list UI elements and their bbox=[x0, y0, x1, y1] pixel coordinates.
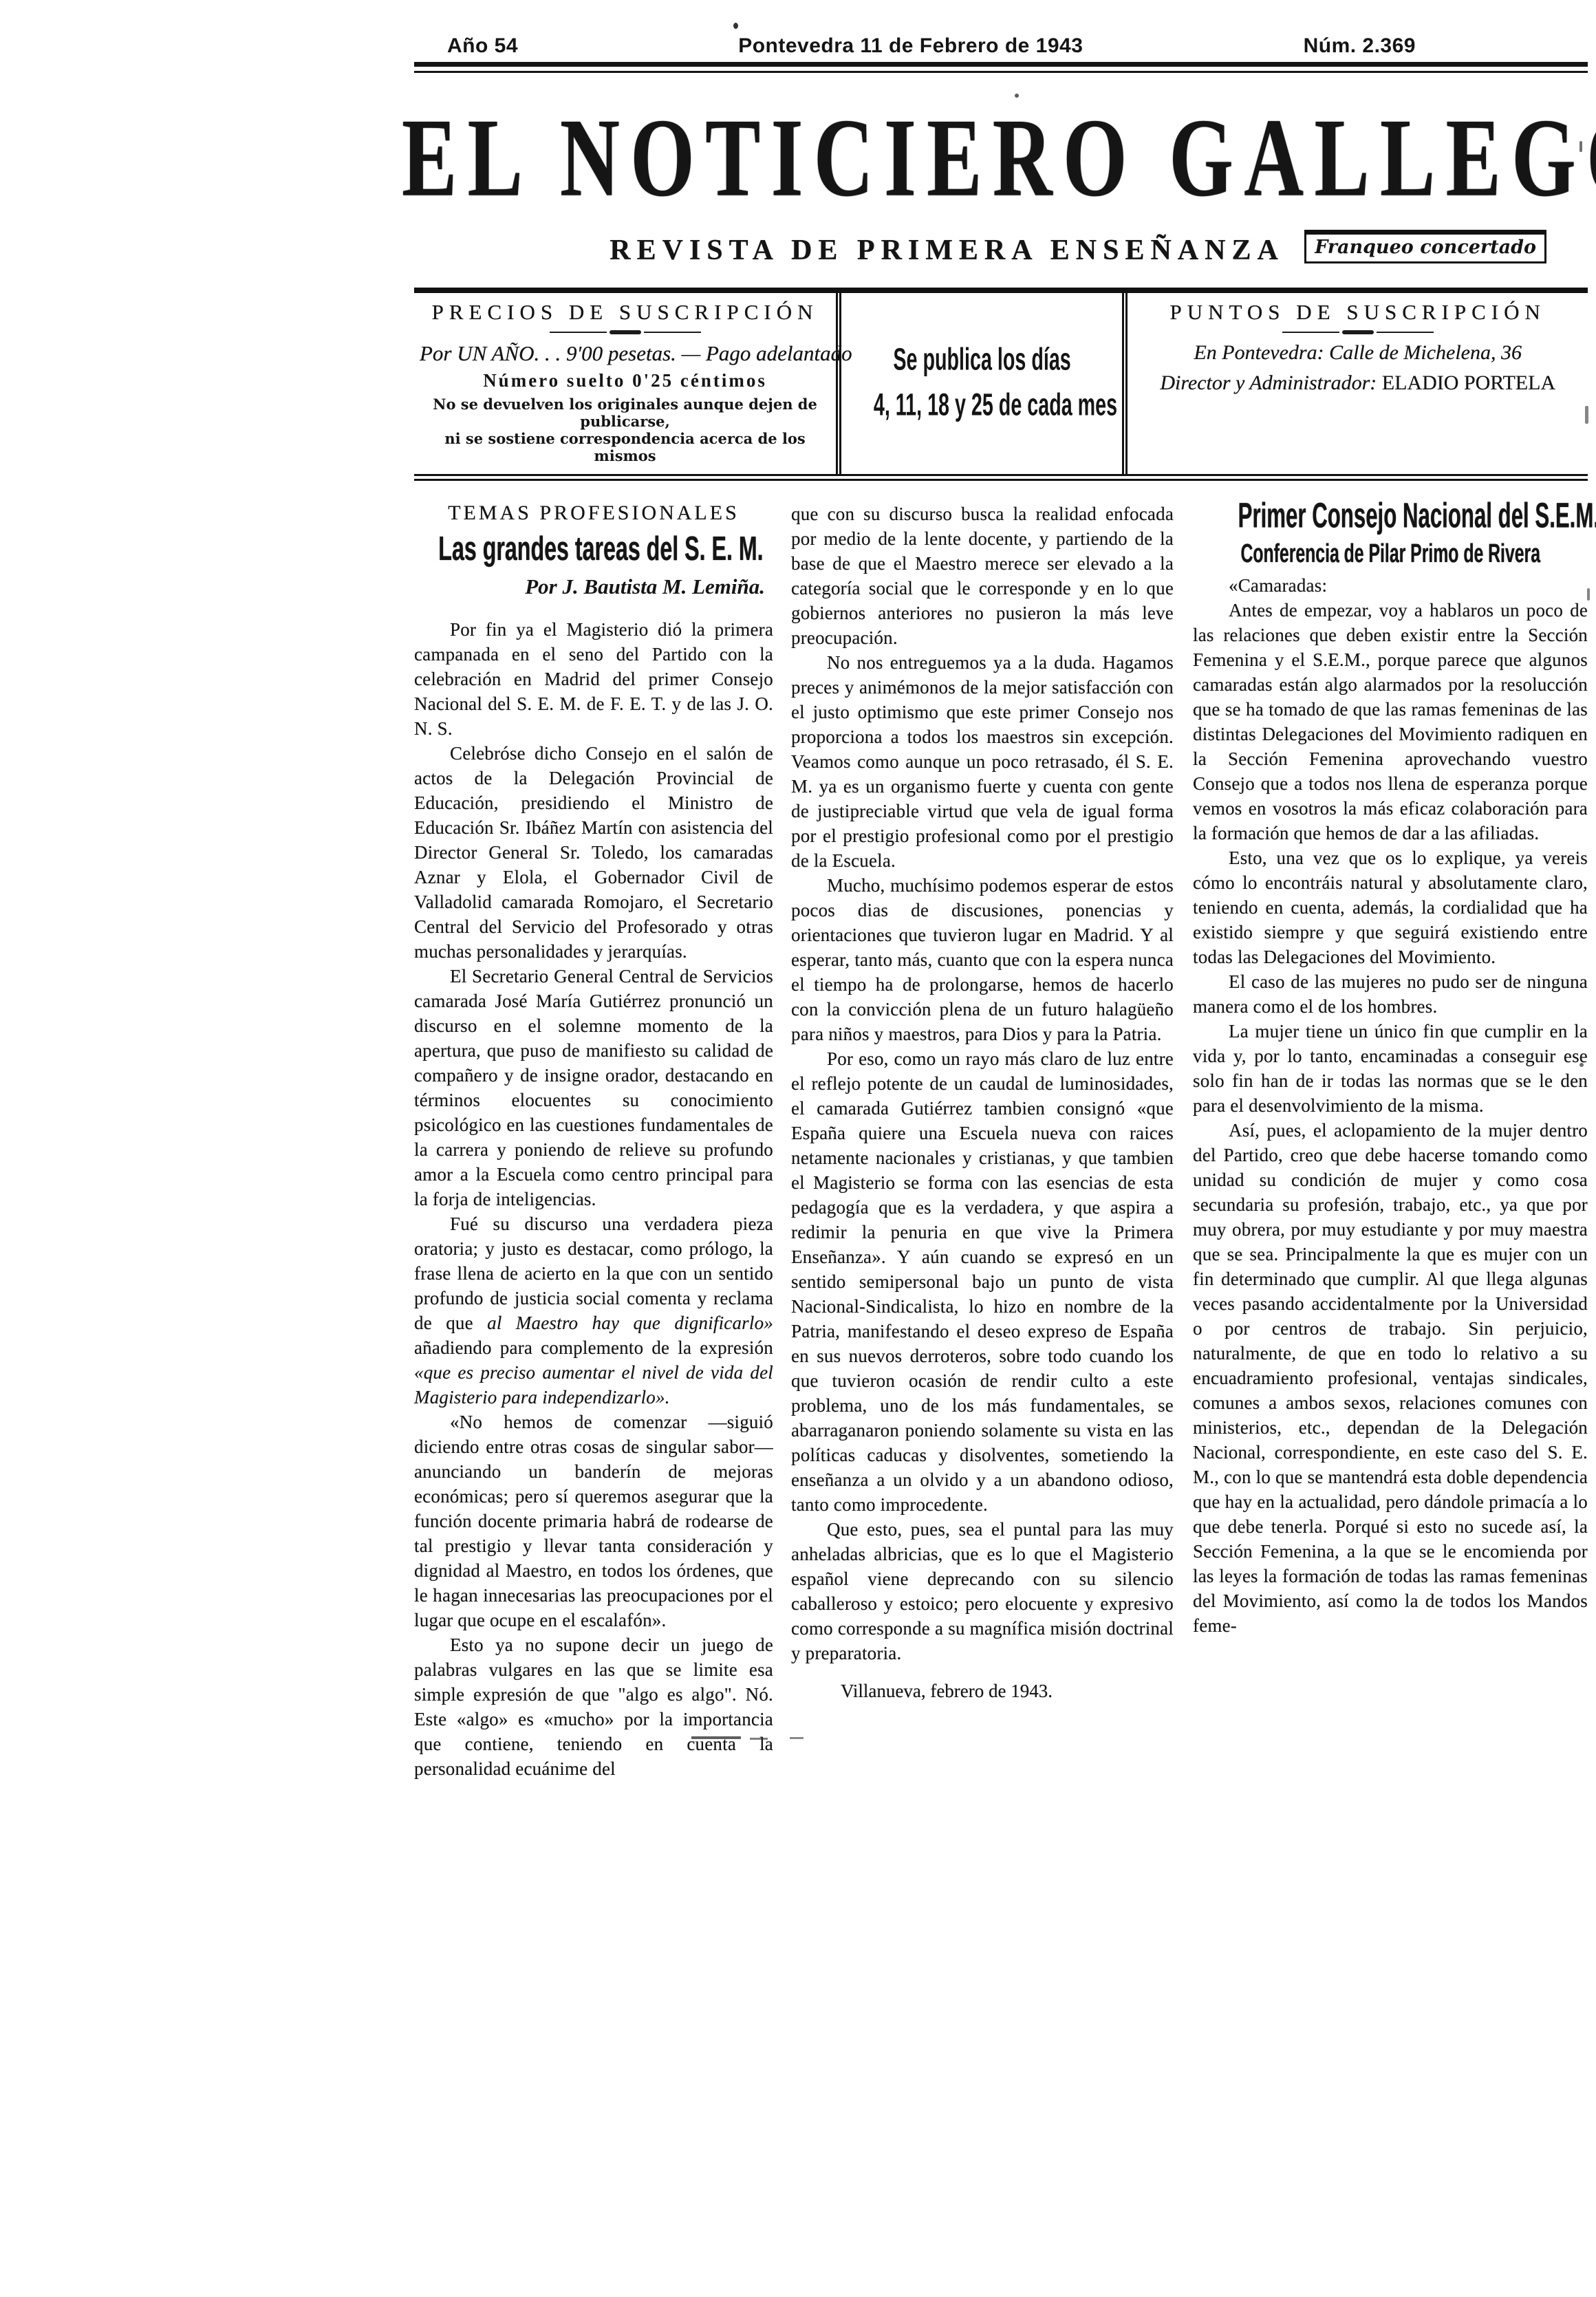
article-body-left: Por fin ya el Magisterio dió la primera … bbox=[414, 617, 773, 1781]
subscription-prices-box: PRECIOS DE SUSCRIPCIÓN Por UN AÑO. . . 9… bbox=[414, 293, 836, 474]
publication-schedule-box: Se publica los días 4, 11, 18 y 25 de ca… bbox=[836, 293, 1122, 474]
article-headline-right: Primer Consejo Nacional del S.E.M. bbox=[1193, 502, 1588, 532]
franking-stamp: Franqueo concertado bbox=[1304, 230, 1546, 263]
article-paragraph: No nos entreguemos ya a la duda. Hagamos… bbox=[791, 650, 1174, 873]
article-kicker: TEMAS PROFESIONALES bbox=[414, 502, 773, 525]
header-rule bbox=[414, 62, 1588, 73]
column-middle: que con su discurso busca la realidad en… bbox=[791, 502, 1174, 1781]
scan-speck bbox=[1585, 406, 1588, 424]
prices-note-line2: ni se sostiene correspondencia acerca de… bbox=[420, 430, 830, 464]
scan-artifact-dash bbox=[790, 1737, 804, 1739]
article-paragraph: Por eso, como un rayo más claro de luz e… bbox=[791, 1046, 1174, 1517]
newspaper-subtitle: REVISTA DE PRIMERA ENSEÑANZA bbox=[610, 234, 1284, 267]
article-paragraph: «Camaradas: bbox=[1193, 573, 1588, 598]
issue-year: Año 54 bbox=[447, 34, 518, 58]
page-content: Año 54 Pontevedra 11 de Febrero de 1943 … bbox=[414, 34, 1588, 1781]
points-address: En Pontevedra: Calle de Michelena, 36 bbox=[1133, 341, 1582, 365]
issue-number: Núm. 2.369 bbox=[1304, 34, 1416, 58]
article-paragraph: Así, pues, el aclopamiento de la mujer d… bbox=[1193, 1118, 1588, 1638]
article-paragraph: La mujer tiene un único fin que cumplir … bbox=[1193, 1019, 1588, 1118]
newspaper-page: Año 54 Pontevedra 11 de Febrero de 1943 … bbox=[0, 0, 1596, 2297]
article-paragraph: que con su discurso busca la realidad en… bbox=[791, 502, 1174, 650]
schedule-line2: 4, 11, 18 y 25 de cada mes bbox=[847, 391, 1117, 419]
price-annual: Por UN AÑO. . . 9'00 pesetas. — Pago ade… bbox=[420, 341, 830, 366]
article-body-middle: que con su discurso busca la realidad en… bbox=[791, 502, 1174, 1665]
article-byline: Por J. Bautista M. Lemiña. bbox=[414, 574, 765, 599]
scan-speck bbox=[1015, 94, 1019, 98]
scan-artifact-dash bbox=[750, 1738, 768, 1740]
prices-title: PRECIOS DE SUSCRIPCIÓN bbox=[420, 300, 830, 325]
schedule-line1: Se publica los días bbox=[847, 346, 1117, 374]
subscription-points-box: PUNTOS DE SUSCRIPCIÓN En Pontevedra: Cal… bbox=[1122, 293, 1588, 474]
article-columns: TEMAS PROFESIONALES Las grandes tareas d… bbox=[414, 502, 1588, 1781]
issue-header: Año 54 Pontevedra 11 de Febrero de 1943 … bbox=[414, 34, 1588, 58]
article-paragraph: El Secretario General Central de Servici… bbox=[414, 964, 773, 1211]
prices-note-line1: No se devuelven los originales aunque de… bbox=[420, 396, 830, 430]
article-paragraph: Por fin ya el Magisterio dió la primera … bbox=[414, 617, 773, 741]
article-paragraph: «No hemos de comenzar —siguió diciendo e… bbox=[414, 1410, 773, 1632]
column-right: Primer Consejo Nacional del S.E.M. Confe… bbox=[1193, 502, 1588, 1781]
prices-note: No se devuelven los originales aunque de… bbox=[420, 396, 830, 464]
article-body-right: «Camaradas:Antes de empezar, voy a habla… bbox=[1193, 573, 1588, 1638]
scan-speck bbox=[1579, 1063, 1584, 1067]
article-paragraph: Esto ya no supone decir un juego de pala… bbox=[414, 1632, 773, 1781]
issue-date: Pontevedra 11 de Febrero de 1943 bbox=[738, 34, 1083, 58]
article-paragraph: Mucho, muchísimo podemos esperar de esto… bbox=[791, 873, 1174, 1046]
article-paragraph: Que esto, pues, sea el puntal para las m… bbox=[791, 1517, 1174, 1665]
newspaper-title: EL NOTICIERO GALLEGO bbox=[402, 94, 1596, 223]
article-paragraph: Esto, una vez que os lo explique, ya ver… bbox=[1193, 845, 1588, 969]
article-paragraph: Celebróse dicho Consejo en el salón de a… bbox=[414, 741, 773, 964]
scan-speck bbox=[733, 23, 738, 29]
article-paragraph: El caso de las mujeres no pudo ser de ni… bbox=[1193, 969, 1588, 1019]
article-paragraph: Fué su discurso una verdadera pieza orat… bbox=[414, 1211, 773, 1410]
article-headline-left: Las grandes tareas del S. E. M. bbox=[414, 535, 773, 563]
masthead: EL NOTICIERO GALLEGO bbox=[414, 94, 1588, 211]
scan-speck bbox=[1579, 141, 1582, 152]
scan-speck bbox=[1587, 588, 1590, 601]
article-paragraph: Antes de empezar, voy a hablaros un poco… bbox=[1193, 598, 1588, 845]
scan-artifact-dash bbox=[691, 1736, 741, 1739]
article-dateline: Villanueva, febrero de 1943. bbox=[791, 1681, 1174, 1702]
article-subhead-right: Conferencia de Pilar Primo de Rivera bbox=[1193, 541, 1588, 566]
masthead-subtitle-row: REVISTA DE PRIMERA ENSEÑANZA Franqueo co… bbox=[414, 234, 1588, 272]
info-bar: PRECIOS DE SUSCRIPCIÓN Por UN AÑO. . . 9… bbox=[414, 288, 1588, 481]
price-single-issue: Número suelto 0'25 céntimos bbox=[420, 370, 830, 391]
column-left: TEMAS PROFESIONALES Las grandes tareas d… bbox=[414, 502, 773, 1781]
ornament-divider bbox=[550, 330, 701, 334]
points-director: Director y Administrador: ELADIO PORTELA bbox=[1133, 371, 1582, 395]
points-title: PUNTOS DE SUSCRIPCIÓN bbox=[1133, 300, 1582, 325]
ornament-divider bbox=[1282, 330, 1434, 334]
